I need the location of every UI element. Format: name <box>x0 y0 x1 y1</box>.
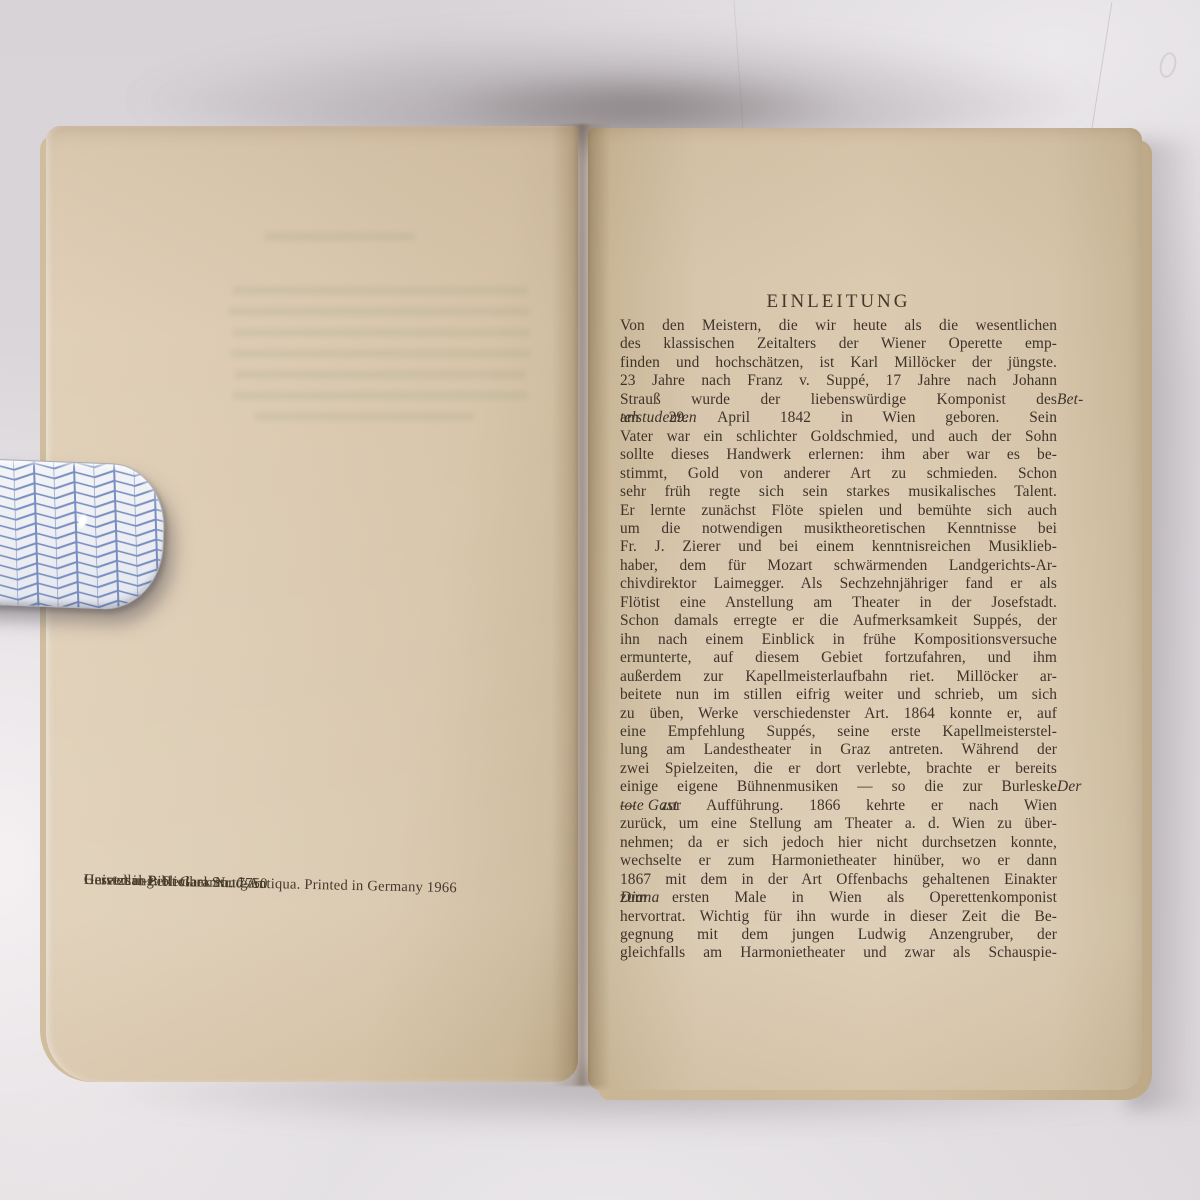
text-line: Vater war ein schlichter Goldschmied, un… <box>620 428 1057 446</box>
text-line: ermunterte, auf diesem Gebiet fortzufahr… <box>620 649 1057 667</box>
text-line: Strauß wurde der liebenswürdige Komponis… <box>620 391 1057 409</box>
text-line: tote Gast — zur Aufführung. 1866 kehrte … <box>620 797 1057 815</box>
text-line: um die notwendigen musiktheoretischen Ke… <box>620 520 1057 538</box>
text-line: beitete nun im stillen eifrig weiter und… <box>620 686 1057 704</box>
text-line: außerdem zur Kapellmeisterlaufbahn riet.… <box>620 668 1057 686</box>
text-line: zwei Spielzeiten, die er dort verlebte, … <box>620 760 1057 778</box>
text-line: gegnung mit dem jungen Ludwig Anzengrube… <box>620 926 1057 944</box>
text-line: finden und hochschätzen, ist Karl Millöc… <box>620 354 1057 372</box>
showthrough-text-ghost <box>230 349 530 358</box>
text-line: Er lernte zunächst Flöte spielen und bem… <box>620 502 1057 520</box>
text-line: nehmen; da er sich jedoch hier nicht dur… <box>620 834 1057 852</box>
showthrough-text-ghost <box>264 232 416 241</box>
text-line: sollte dieses Handwerk erlernen: ihm abe… <box>620 446 1057 464</box>
showthrough-text-ghost <box>254 412 474 421</box>
text-line: 1867 mit dem in der Art Offenbachs gehal… <box>620 871 1057 889</box>
text-line: des klassischen Zeitalters der Wiener Op… <box>620 335 1057 353</box>
showthrough-text-ghost <box>234 370 526 379</box>
text-line: 23 Jahre nach Franz v. Suppé, 17 Jahre n… <box>620 372 1057 390</box>
backdrop-scuff-mark <box>1157 50 1179 79</box>
showthrough-text-ghost <box>232 286 528 295</box>
text-line: Herstellung: Reclam Stuttgart <box>84 871 264 894</box>
text-line: gleichfalls am Harmonietheater und zwar … <box>620 944 1057 962</box>
text-line: Diana zum ersten Male in Wien als Operet… <box>620 889 1057 907</box>
text-line: telstudenten am 29. April 1842 in Wien g… <box>620 409 1057 427</box>
chapter-heading: EINLEITUNG <box>620 291 1057 313</box>
text-line: wechselte er zum Harmonietheater hinüber… <box>620 852 1057 870</box>
text-line: lung am Landestheater in Graz antreten. … <box>620 741 1057 759</box>
showthrough-text-ghost <box>232 391 528 400</box>
text-line: Flötist eine Anstellung am Theater in de… <box>620 594 1057 612</box>
text-line: hervortrat. Wichtig für ihn wurde in die… <box>620 908 1057 926</box>
book-photo: Universal-Bibliothek Nr. 7750Gesetzt in … <box>0 0 1200 1200</box>
showthrough-text-ghost <box>232 328 530 337</box>
showthrough-text-ghost <box>228 307 530 316</box>
text-line: Schon damals erregte er die Aufmerksamke… <box>620 612 1057 630</box>
glaze-rim-shading <box>0 459 166 610</box>
body-text: Von den Meistern, die wir heute als die … <box>620 317 1057 963</box>
text-line: Von den Meistern, die wir heute als die … <box>620 317 1057 335</box>
text-line: haber, dem für Mozart schwärmenden Landg… <box>620 557 1057 575</box>
text-line: zu üben, Werke verschiedenster Art. 1864… <box>620 705 1057 723</box>
text-line: Fr. J. Zierer und bei einem kenntnisreic… <box>620 538 1057 556</box>
text-line: eine Empfehlung Suppés, seine erste Kape… <box>620 723 1057 741</box>
text-line: zurück, um eine Stellung am Theater a. d… <box>620 815 1057 833</box>
porcelain-rest <box>0 458 167 611</box>
text-line: einige eigene Bühnenmusiken — so die zur… <box>620 778 1057 796</box>
text-line: sehr früh regte sich sein starkes musika… <box>620 483 1057 501</box>
text-line: stimmt, Gold von anderer Art zu schmiede… <box>620 465 1057 483</box>
right-page: EINLEITUNG Von den Meistern, die wir heu… <box>588 128 1142 1090</box>
text-line: ihn nach einem Einblick in frühe Komposi… <box>620 631 1057 649</box>
text-line: chivdirektor Laimegger. Als Sechzehnjähr… <box>620 575 1057 593</box>
